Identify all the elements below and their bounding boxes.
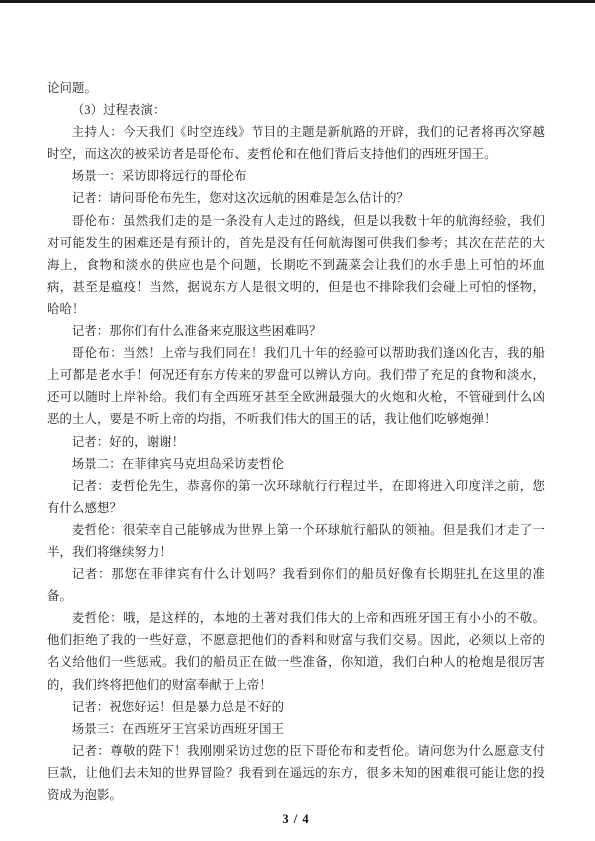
paragraph: 场景二：在菲律宾马克坦岛采访麦哲伦 (47, 453, 545, 475)
paragraph: 麦哲伦：很荣幸自己能够成为世界上第一个环球航行船队的领袖。但是我们才走了一半，我… (47, 519, 545, 563)
paragraph: 哥伦布：当然！上帝与我们同在！我们几十年的经验可以帮助我们逢凶化吉，我的船上可都… (47, 342, 545, 430)
paragraph: 记者：那您在菲律宾有什么计划吗？我看到你们的船员好像有长期驻扎在这里的准备。 (47, 563, 545, 607)
paragraph: 主持人：今天我们《时空连线》节目的主题是新航路的开辟，我们的记者将再次穿越时空，… (47, 121, 545, 165)
paragraph: 场景三：在西班牙王宫采访西班牙国王 (47, 718, 545, 740)
paragraph: 记者：那你们有什么准备来克服这些困难吗？ (47, 320, 545, 342)
paragraph: 记者：祝您好运！但是暴力总是不好的 (47, 696, 545, 718)
page-number: 3 / 4 (47, 808, 545, 830)
paragraph: 论问题。 (47, 77, 545, 99)
paragraph: 记者：请问哥伦布先生，您对这次远航的困难是怎么估计的？ (47, 187, 545, 209)
paragraph: 记者：麦哲伦先生，恭喜你的第一次环球航行行程过半，在即将进入印度洋之前，您有什么… (47, 475, 545, 519)
paragraph: 记者：尊敬的陛下！我刚刚采访过您的臣下哥伦布和麦哲伦。请问您为什么愿意支付巨款，… (47, 740, 545, 806)
paragraph: 场景一：采访即将远行的哥伦布 (47, 165, 545, 187)
paragraph: 麦哲伦：哦，是这样的，本地的土著对我们伟大的上帝和西班牙国王有小小的不敬。他们拒… (47, 607, 545, 695)
paragraph: 记者：好的，谢谢！ (47, 431, 545, 453)
document-page: 论问题。（3）过程表演：主持人：今天我们《时空连线》节目的主题是新航路的开辟，我… (0, 0, 595, 830)
document-body: 论问题。（3）过程表演：主持人：今天我们《时空连线》节目的主题是新航路的开辟，我… (47, 77, 545, 806)
paragraph: （3）过程表演： (47, 99, 545, 121)
paragraph: 哥伦布：虽然我们走的是一条没有人走过的路线，但是以我数十年的航海经验，我们对可能… (47, 210, 545, 320)
